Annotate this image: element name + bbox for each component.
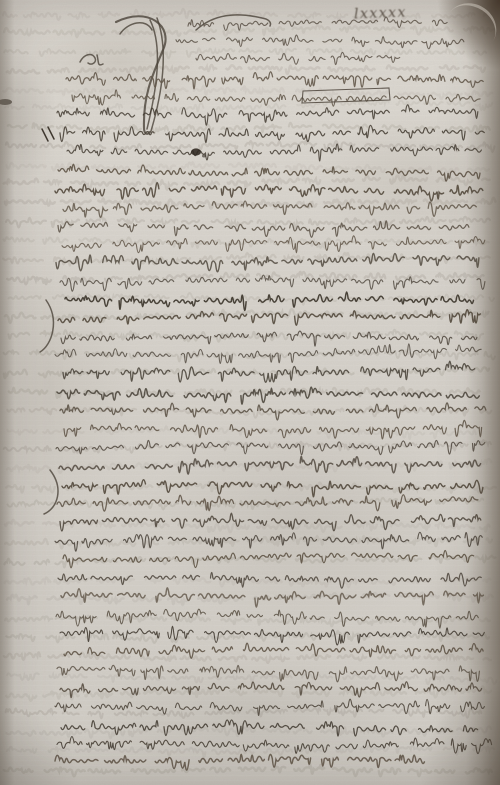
- manuscript-page-photo: lxxxxx: [0, 0, 500, 785]
- photo-vignette: [0, 0, 500, 785]
